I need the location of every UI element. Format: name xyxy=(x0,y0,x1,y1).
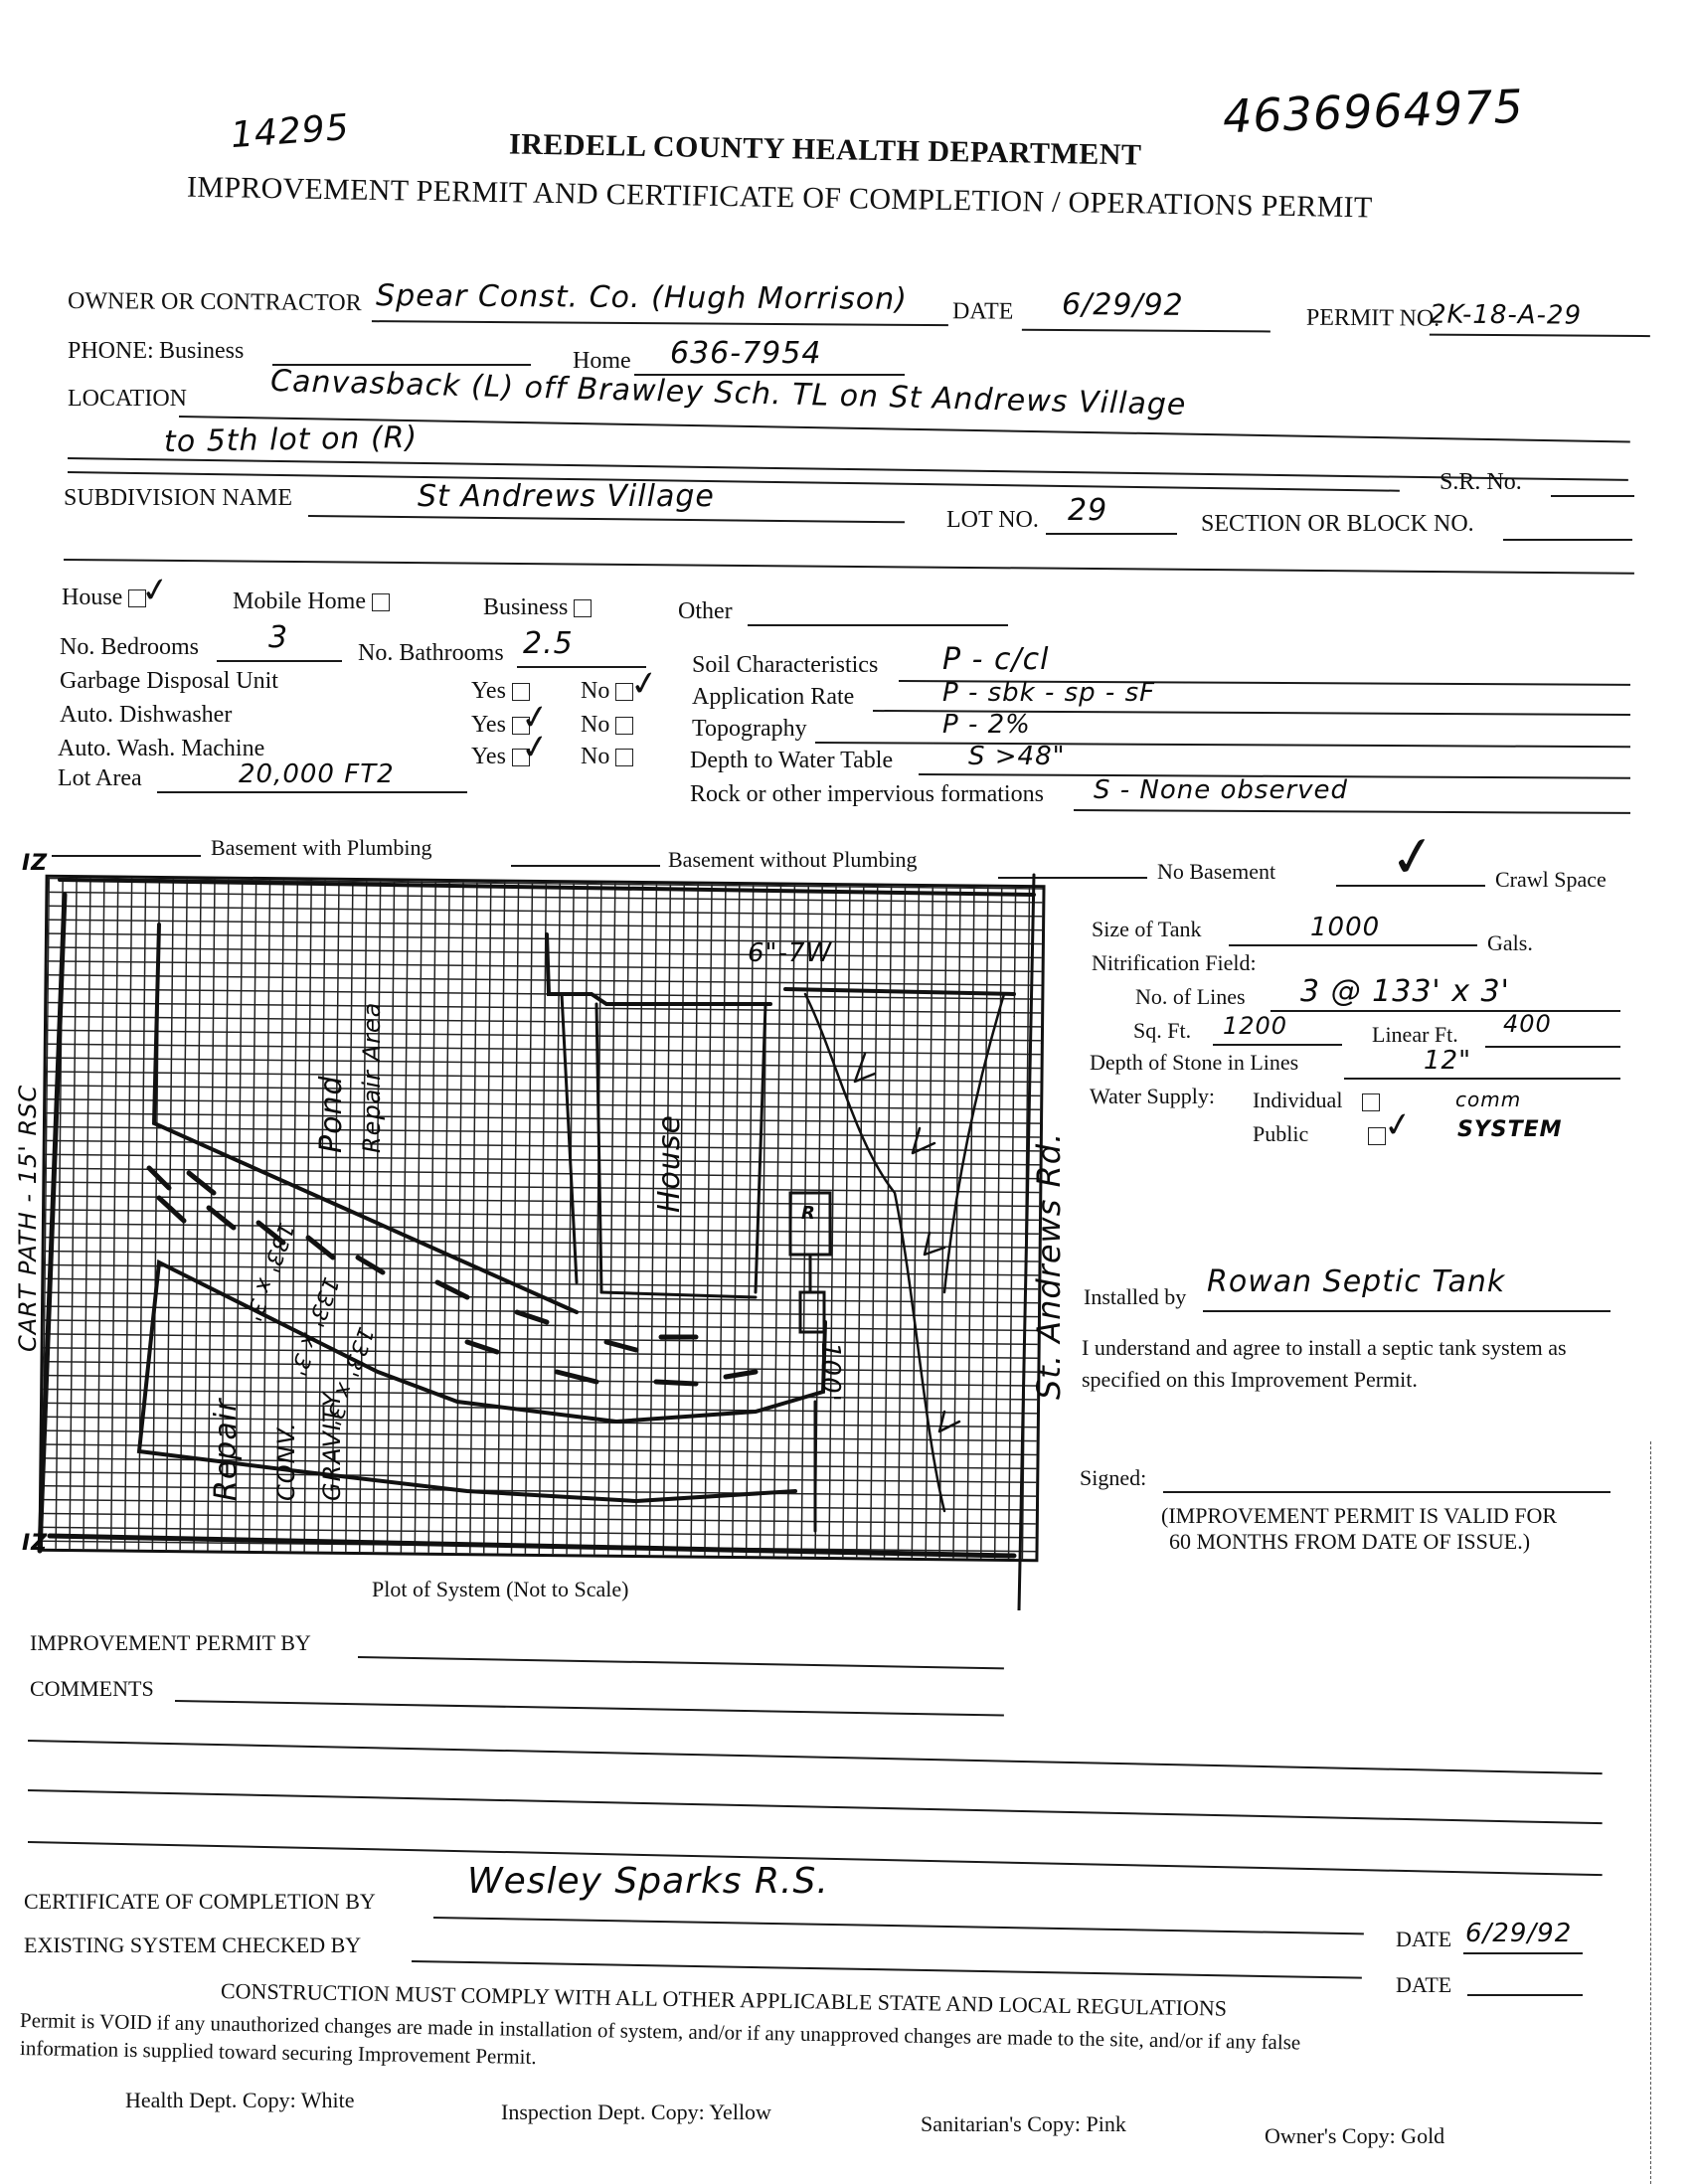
stone-depth-label: Depth of Stone in Lines xyxy=(1090,1050,1298,1076)
washer-no-checkbox[interactable] xyxy=(615,749,633,766)
copy-distribution-sanitarian: Sanitarian's Copy: Pink xyxy=(921,2111,1126,2137)
garbage-no-checkmark-icon: ✓ xyxy=(627,662,661,706)
bathrooms-field[interactable]: 2.5 xyxy=(523,626,574,661)
permit-number-field[interactable]: 2K-18-A-29 xyxy=(1430,300,1582,331)
rock-formations-label: Rock or other impervious formations xyxy=(690,781,1044,808)
home-phone-field[interactable]: 636-7954 xyxy=(670,336,821,371)
installer-agreement: I understand and agree to install a sept… xyxy=(1082,1332,1638,1396)
topography-label: Topography xyxy=(692,716,807,743)
nitrification-field-label: Nitrification Field: xyxy=(1092,950,1257,976)
building-type-row: House ✓ Mobile Home Business Other xyxy=(62,585,1056,624)
water-table-label: Depth to Water Table xyxy=(690,748,893,774)
dishwasher-no-checkbox[interactable] xyxy=(615,717,633,735)
copy-distribution-health: Health Dept. Copy: White xyxy=(125,2088,355,2113)
water-table-field[interactable]: S >48" xyxy=(968,742,1066,771)
plot-annotation-cart-path: CART PATH - 15' RSC xyxy=(14,1085,42,1352)
house-label: House xyxy=(62,585,146,611)
file-number: 14295 xyxy=(230,107,351,156)
bedrooms-field[interactable]: 3 xyxy=(268,620,288,655)
home-phone-label: Home xyxy=(573,348,631,375)
location-field-line2[interactable]: to 5th lot on (R) xyxy=(164,420,419,459)
business-label: Business xyxy=(483,594,592,621)
water-supply-note-line2: SYSTEM xyxy=(1457,1117,1563,1142)
topography-field[interactable]: P - 2% xyxy=(942,710,1031,740)
appliance-label-dishwasher: Auto. Dishwasher xyxy=(60,702,232,729)
appliance-label-washer: Auto. Wash. Machine xyxy=(58,736,264,762)
bedrooms-label: No. Bedrooms xyxy=(60,634,199,661)
plot-annotation-pond: Pond xyxy=(314,1075,349,1153)
plot-annotation-house: House xyxy=(652,1114,687,1213)
plot-annotation-corner-top: IZ xyxy=(22,851,48,876)
parcel-number: 4636964975 xyxy=(1222,80,1524,144)
permit-validity-line1: (IMPROVEMENT PERMIT IS VALID FOR xyxy=(1161,1503,1557,1529)
square-feet-label: Sq. Ft. xyxy=(1133,1018,1191,1044)
no-basement-label: No Basement xyxy=(1157,859,1275,885)
water-individual-checkbox[interactable] xyxy=(1362,1093,1380,1111)
water-supply-label: Water Supply: xyxy=(1090,1084,1215,1109)
existing-system-label: EXISTING SYSTEM CHECKED BY xyxy=(24,1932,361,1958)
water-public-checkmark-icon: ✓ xyxy=(1381,1103,1415,1147)
tank-size-unit: Gals. xyxy=(1487,930,1533,956)
tank-size-label: Size of Tank xyxy=(1092,917,1201,942)
plot-annotation-road: St. Andrews Rd. xyxy=(1030,1132,1068,1400)
garbage-no: No xyxy=(581,678,633,705)
crawl-space-label: Crawl Space xyxy=(1495,867,1607,893)
linear-feet-field[interactable]: 400 xyxy=(1503,1010,1552,1038)
washer-yes-checkmark-icon: ✓ xyxy=(518,726,552,769)
application-rate-label: Application Rate xyxy=(692,684,854,711)
rock-formations-field[interactable]: S - None observed xyxy=(1094,775,1348,805)
installed-by-field[interactable]: Rowan Septic Tank xyxy=(1207,1264,1505,1299)
water-public-label: Public xyxy=(1253,1121,1386,1147)
crawl-space-checkmark-icon: ✓ xyxy=(1386,822,1441,893)
mobile-home-label: Mobile Home xyxy=(233,588,390,615)
section-block-label: SECTION OR BLOCK NO. xyxy=(1201,511,1474,538)
mobile-home-checkbox[interactable] xyxy=(372,593,390,611)
sr-number-label: S.R. No. xyxy=(1440,469,1522,496)
house-checkmark-icon: ✓ xyxy=(138,569,172,612)
location-label: LOCATION xyxy=(68,386,187,413)
lot-number-field[interactable]: 29 xyxy=(1068,493,1107,528)
certificate-completion-field[interactable]: Wesley Sparks R.S. xyxy=(467,1861,829,1902)
soil-characteristics-label: Soil Characteristics xyxy=(692,652,878,679)
plot-annotation-tank: R xyxy=(801,1203,816,1224)
plot-annotation-corner-bottom: IZ xyxy=(22,1531,48,1556)
copy-distribution-owner: Owner's Copy: Gold xyxy=(1265,2123,1444,2149)
department-title: IREDELL COUNTY HEALTH DEPARTMENT xyxy=(509,127,1142,172)
plot-annotation-gravity: GRAVITY xyxy=(318,1392,346,1501)
business-phone-label: Business xyxy=(159,338,244,365)
plot-annotation-distance: 100' xyxy=(815,1342,845,1403)
existing-date-label: DATE xyxy=(1396,1972,1451,1998)
plot-annotation-well: 6"-7W xyxy=(748,938,832,968)
water-individual-label: Individual xyxy=(1253,1088,1380,1113)
site-sketch xyxy=(0,855,1094,1610)
plot-annotation-repair: Repair xyxy=(209,1399,244,1501)
lot-number-label: LOT NO. xyxy=(946,507,1039,534)
lot-area-field[interactable]: 20,000 FT2 xyxy=(239,759,395,789)
comments-label: COMMENTS xyxy=(30,1676,154,1702)
soil-characteristics-field[interactable]: P - c/cl xyxy=(942,642,1049,677)
lot-area-label: Lot Area xyxy=(58,765,142,792)
other-label: Other xyxy=(678,598,733,625)
tank-size-field[interactable]: 1000 xyxy=(1310,913,1380,942)
improvement-permit-by-label: IMPROVEMENT PERMIT BY xyxy=(30,1630,311,1656)
plot-annotation-conventional: CONV. xyxy=(272,1422,300,1501)
form-title: IMPROVEMENT PERMIT AND CERTIFICATE OF CO… xyxy=(187,171,1373,226)
permit-validity-line2: 60 MONTHS FROM DATE OF ISSUE.) xyxy=(1169,1529,1530,1555)
plot-caption: Plot of System (Not to Scale) xyxy=(372,1577,628,1602)
void-notice-line2: information is supplied toward securing … xyxy=(20,2036,537,2070)
owner-field[interactable]: Spear Const. Co. (Hugh Morrison) xyxy=(376,278,908,317)
owner-label: OWNER OR CONTRACTOR xyxy=(68,288,362,317)
subdivision-label: SUBDIVISION NAME xyxy=(64,485,292,512)
dishwasher-no: No xyxy=(581,712,633,739)
installed-by-label: Installed by xyxy=(1084,1284,1186,1310)
subdivision-field[interactable]: St Andrews Village xyxy=(418,479,715,514)
phone-label: PHONE: xyxy=(68,338,154,365)
appliance-label-garbage: Garbage Disposal Unit xyxy=(60,668,278,695)
signed-label: Signed: xyxy=(1080,1465,1146,1491)
washer-no: No xyxy=(581,744,633,770)
plot-annotation-repair-area: Repair Area xyxy=(358,1002,386,1153)
square-feet-field[interactable]: 1200 xyxy=(1223,1012,1287,1040)
business-checkbox[interactable] xyxy=(574,599,592,617)
water-supply-note-line1: comm xyxy=(1455,1088,1521,1111)
copy-distribution-inspection: Inspection Dept. Copy: Yellow xyxy=(501,2100,771,2125)
application-rate-field[interactable]: P - sbk - sp - sF xyxy=(942,678,1155,708)
number-of-lines-field[interactable]: 3 @ 133' x 3' xyxy=(1300,974,1510,1009)
bathrooms-label: No. Bathrooms xyxy=(358,640,504,667)
number-of-lines-label: No. of Lines xyxy=(1135,984,1246,1010)
scan-edge-line xyxy=(1650,1441,1651,2184)
permit-number-label: PERMIT NO. xyxy=(1306,305,1440,333)
stone-depth-field[interactable]: 12" xyxy=(1424,1046,1471,1076)
linear-feet-label: Linear Ft. xyxy=(1372,1022,1458,1048)
certificate-date-field[interactable]: 6/29/92 xyxy=(1465,1919,1572,1948)
certificate-completion-label: CERTIFICATE OF COMPLETION BY xyxy=(24,1889,376,1915)
certificate-date-label: DATE xyxy=(1396,1927,1451,1952)
date-label: DATE xyxy=(952,298,1014,325)
date-field[interactable]: 6/29/92 xyxy=(1062,287,1184,323)
